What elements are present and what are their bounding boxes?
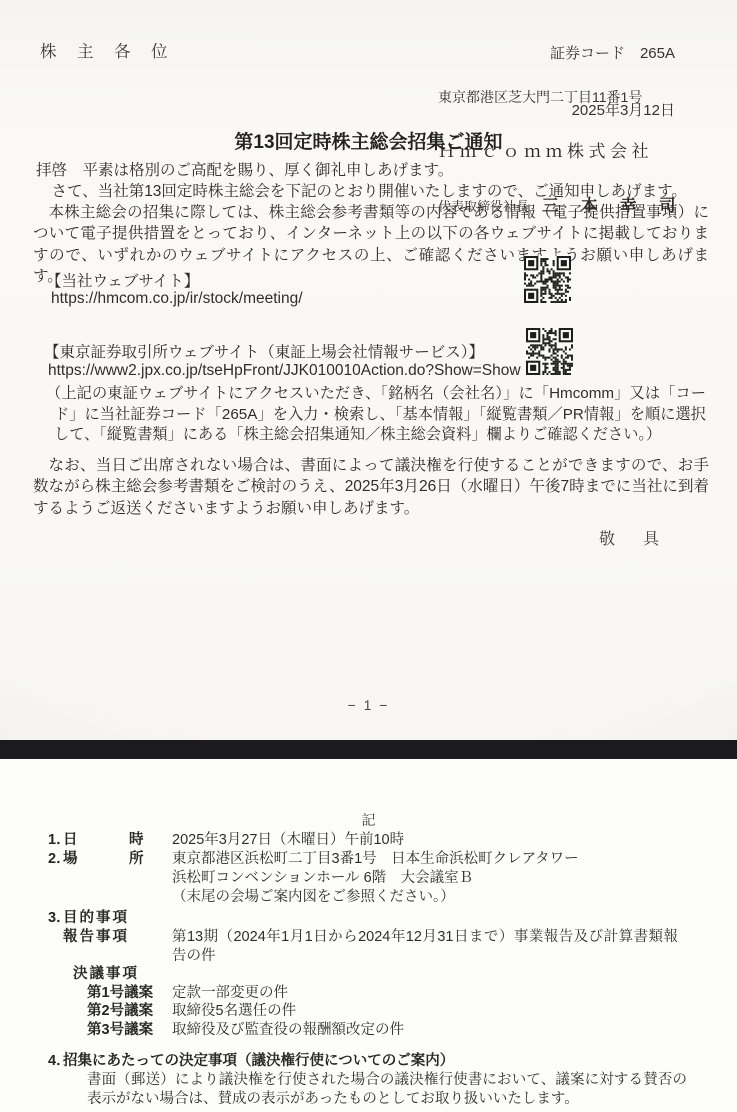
proposal-2-label: 第2号議案 — [87, 1002, 153, 1021]
report-label: 報告事項 — [63, 928, 129, 947]
item2-value-line3: （末尾の会場ご案内図をご参照ください。） — [172, 888, 455, 907]
item1-value: 2025年3月27日（木曜日）午前10時 — [172, 831, 404, 850]
item2-value-line1: 東京都港区浜松町二丁目3番1号 日本生命浜松町クレアタワー — [172, 850, 579, 869]
salutation: 株 主 各 位 — [40, 38, 170, 62]
proposal-3-label: 第3号議案 — [87, 1021, 153, 1040]
item4-body: 書面（郵送）により議決権を行使された場合の議決権行使書において、議案に対する賛否… — [87, 1071, 687, 1108]
page-break-band — [0, 740, 737, 759]
qr-code-company-site-icon — [524, 256, 571, 303]
resolution-label: 決議事項 — [73, 965, 139, 984]
opening-paragraph: さて、当社第13回定時株主総会を下記のとおり開催いたしますので、ご通知申しあげま… — [36, 181, 712, 202]
page-1: 証券コード 265A 2025年3月12日 株 主 各 位 東京都港区芝大門二丁… — [0, 0, 737, 740]
company-address: 東京都港区芝大門二丁目11番1号 — [438, 89, 679, 106]
company-site-url: https://hmcom.co.jp/ir/stock/meeting/ — [51, 290, 303, 308]
qr-code-tse-site-icon — [526, 328, 573, 375]
page-2: 記 1． 日 時 2025年3月27日（木曜日）午前10時 2． 場 所 東京都… — [0, 759, 737, 1112]
item4-label: 招集にあたっての決定事項（議決権行使についてのご案内） — [63, 1052, 454, 1071]
tse-site-url: https://www2.jpx.co.jp/tseHpFront/JJK010… — [48, 362, 521, 380]
proposal-3-value: 取締役及び監査役の報酬額改定の件 — [172, 1021, 404, 1040]
closing-word: 敬 具 — [599, 526, 665, 549]
item3-label: 目的事項 — [63, 909, 129, 928]
document-title: 第13回定時株主総会招集ご通知 — [0, 127, 737, 154]
item2-value-line2: 浜松町コンベンションホール 6階 大会議室Ｂ — [172, 869, 473, 888]
greeting-paragraph: 拝啓 平素は格別のご高配を賜り、厚く御礼申しあげます。 — [36, 160, 712, 181]
item1-label: 日 時 — [63, 831, 146, 850]
document-photo: 証券コード 265A 2025年3月12日 株 主 各 位 東京都港区芝大門二丁… — [0, 0, 737, 1112]
report-value: 第13期（2024年1月1日から2024年12月31日まで）事業報告及び計算書類… — [172, 928, 678, 965]
page-number: − 1 − — [0, 697, 737, 713]
proposal-2-value: 取締役5名選任の件 — [172, 1002, 296, 1021]
tse-access-note: （上記の東証ウェブサイトにアクセスいただき、「銘柄名（会社名）」に「Hmcomm… — [46, 384, 706, 446]
voting-by-mail-paragraph: なお、当日ご出席されない場合は、書面によって議決権を行使することができますので、… — [33, 455, 709, 519]
proposal-1-value: 定款一部変更の件 — [172, 984, 288, 1003]
company-site-label: 【当社ウェブサイト】 — [46, 269, 199, 291]
proposal-1-label: 第1号議案 — [87, 984, 153, 1003]
record-heading: 記 — [0, 811, 737, 830]
tse-site-label: 【東京証券取引所ウェブサイト（東証上場会社情報サービス）】 — [44, 340, 484, 362]
item2-label: 場 所 — [63, 850, 146, 869]
